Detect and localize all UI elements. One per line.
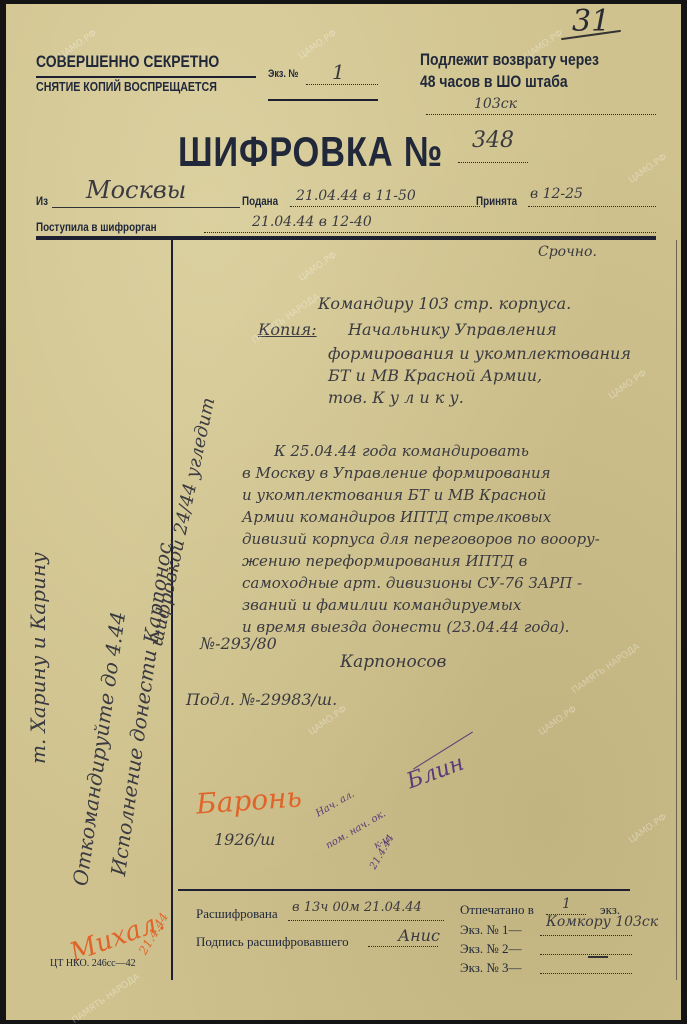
watermark: ЦАМО.РФ <box>537 704 579 737</box>
decoder-signature-dotline <box>368 946 438 947</box>
message-line: К 25.04.44 года командировать <box>274 442 529 460</box>
footer-rule <box>178 889 630 891</box>
copy1-dotline <box>540 935 632 936</box>
copy2-label: Экз. № 2— <box>460 941 522 957</box>
decoder-signature: Анис <box>398 926 440 945</box>
right-edge <box>676 240 677 980</box>
submitted-value: 21.04.44 в 11-50 <box>296 188 416 204</box>
document-page: 31 СОВЕРШЕННО СЕКРЕТНО СНЯТИЕ КОПИЙ ВОСП… <box>6 4 681 1020</box>
decoded-value: в 13ч 00м 21.04.44 <box>292 900 422 915</box>
decoded-dotline <box>288 920 444 921</box>
watermark: ЦАМО.РФ <box>627 812 669 845</box>
received-value: в 12-25 <box>530 186 583 202</box>
message-line: самоходные арт. дивизионы СУ-76 ЗАРП - <box>242 574 582 592</box>
decoded-label: Расшифрована <box>196 906 278 922</box>
cipher-number-dotline <box>458 162 528 163</box>
watermark: ЦАМО.РФ <box>607 368 649 401</box>
copy2-dotline <box>540 954 632 955</box>
return-unit-dotline <box>426 114 656 115</box>
copy-to-line: формирования и укомплектования <box>328 344 631 363</box>
return-notice-line1: Подлежит возврату через <box>420 50 599 70</box>
received-label: Принята <box>476 194 517 208</box>
copy3-label: Экз. № 3— <box>460 960 522 976</box>
message-line: в Москву в Управление формирования <box>242 464 551 482</box>
watermark: ЦАМО.РФ <box>307 704 349 737</box>
return-unit-value: 103ск <box>474 96 517 112</box>
copy-number-dotline <box>306 84 378 85</box>
sender-signature: Карпоносов <box>340 652 446 672</box>
purple-signature: Блин <box>403 751 467 795</box>
cipher-number: 348 <box>472 128 514 153</box>
arrived-label: Поступила в шифрорган <box>36 220 157 234</box>
printed-label: Отпечатано в <box>460 902 534 918</box>
copy-to-line: БТ и МВ Красной Армии, <box>328 366 542 385</box>
received-dotline <box>528 206 656 207</box>
message-line: жению переформирования ИПТД в <box>242 552 527 570</box>
watermark: ПАМЯТЬ НАРОДА <box>570 642 641 696</box>
purple-note: 21.4.44 <box>368 833 397 872</box>
message-line: званий и фамилии командируемых <box>242 596 521 614</box>
margin-note: т. Харину и Карину <box>26 552 50 764</box>
copy3-dash <box>588 956 608 958</box>
message-line: Армии командиров ИПТД стрелковых <box>242 508 551 526</box>
urgency-mark: Срочно. <box>538 244 597 260</box>
copy-to-line: тов. К у л и к у. <box>328 388 464 407</box>
copy-number-underline <box>268 99 378 101</box>
header-rule <box>36 236 656 240</box>
margin-note: шифровкой 24/44 угледит <box>146 396 219 649</box>
form-code: ЦТ НКО. 246сс—42 <box>50 958 136 969</box>
watermark: ЦАМО.РФ <box>297 28 339 61</box>
return-notice-line2: 48 часов в ШО штаба <box>420 72 568 92</box>
printed-count: 1 <box>562 896 571 912</box>
document-title: ШИФРОВКА № <box>178 128 443 176</box>
reference-number: №-293/80 <box>200 634 277 653</box>
from-label: Из <box>36 194 48 208</box>
no-copy-notice: СНЯТИЕ КОПИЙ ВОСПРЕЩАЕТСЯ <box>36 79 217 94</box>
message-line: дивизий корпуса для переговоров по вооор… <box>242 530 600 548</box>
copy-number-value: 1 <box>332 60 345 84</box>
orange-signature: Баронь <box>195 780 303 820</box>
registration-number: 1926/ш <box>214 830 275 849</box>
copy1-value: Комкору 103ск <box>546 914 658 930</box>
secrecy-divider <box>36 76 256 78</box>
arrived-value: 21.04.44 в 12-40 <box>252 214 372 230</box>
watermark: ЦАМО.РФ <box>297 250 339 283</box>
watermark: ПАМЯТЬ НАРОДА <box>70 972 141 1024</box>
from-underline <box>52 207 240 208</box>
original-number: Подл. №-29983/ш. <box>186 690 337 709</box>
submitted-dotline <box>290 206 480 207</box>
purple-note: Нач. ал. <box>314 789 357 820</box>
addressee: Командиру 103 стр. корпуса. <box>318 294 571 313</box>
copy-number-label: Экз. № <box>268 68 298 80</box>
copy3-dotline <box>540 973 632 974</box>
watermark: ЦАМО.РФ <box>627 152 669 185</box>
copy-to-line: Начальнику Управления <box>348 320 557 339</box>
message-line: и время выезда донести (23.04.44 года). <box>242 618 569 636</box>
message-line: и укомплектования БТ и МВ Красной <box>242 486 546 504</box>
decoder-signature-label: Подпись расшифровавшего <box>196 934 349 950</box>
arrived-dotline <box>204 232 656 233</box>
submitted-label: Подана <box>242 194 278 208</box>
copy1-label: Экз. № 1— <box>460 922 522 938</box>
from-value: Москвы <box>86 176 186 204</box>
